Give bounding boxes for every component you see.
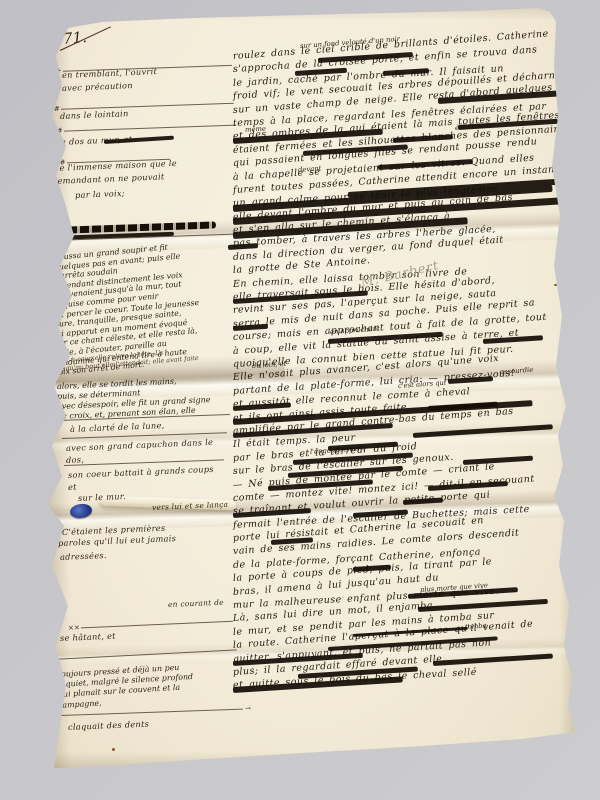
ink-mark: +	[56, 68, 61, 75]
margin-note: se hâtant, et	[60, 631, 116, 643]
interline-note: tomba	[465, 621, 487, 630]
margin-note: demandant on ne pouvait	[52, 171, 165, 186]
margin-note: dans le lointain	[60, 108, 129, 121]
margin-note: adressées.	[60, 550, 107, 562]
blue-seal	[69, 503, 93, 520]
ink-mark: × ×	[68, 625, 79, 632]
manuscript-page: 71. + # ## ### × × ← → en tremblant, l'o…	[42, 6, 582, 772]
photo-scene: 71. + # ## ### × × ← → en tremblant, l'o…	[0, 0, 600, 800]
margin-note: et	[68, 482, 77, 492]
ink-mark: ##	[52, 128, 62, 135]
margin-note: sur le mur.	[78, 491, 126, 503]
interline-note: même	[245, 125, 266, 134]
margin-note: avec son grand capuchon dans le	[66, 437, 214, 453]
margin-tiny-block: tout-à-coup elle releva la tête. Lajusqu…	[56, 358, 199, 373]
arrow-left-mark: ←	[52, 656, 57, 663]
margin-note: dos,	[66, 454, 85, 465]
margin-rule: × ×	[68, 618, 233, 632]
arrow-right-mark: →	[245, 705, 250, 712]
margin-bottom-block: toujours pressé et déjà un peuinquiet, m…	[58, 670, 193, 711]
top-edge-shade	[42, 6, 582, 20]
bottom-edge-shade	[42, 752, 582, 772]
margin-rule: ##	[52, 122, 236, 135]
margin-note: vers lui et se lança	[152, 500, 229, 512]
margin-flap-block: alors, elle se tordit les mains,puis, se…	[57, 382, 211, 422]
margin-note: à la clarté de la lune,	[70, 420, 165, 434]
interline-note: devant	[298, 164, 322, 174]
margin-note: en courant de	[168, 598, 224, 609]
margin-note: son coeur battait à grands coups	[68, 464, 214, 480]
paper-speck	[554, 284, 557, 286]
margin-note: avec précaution	[62, 80, 133, 93]
ink-mark: #	[54, 106, 59, 113]
margin-note: claquait des dents	[68, 719, 149, 732]
margin-note: par la voix;	[75, 188, 125, 200]
paper-speck	[572, 658, 576, 661]
margin-rule: ←	[52, 646, 237, 663]
paper-speck	[112, 748, 115, 751]
